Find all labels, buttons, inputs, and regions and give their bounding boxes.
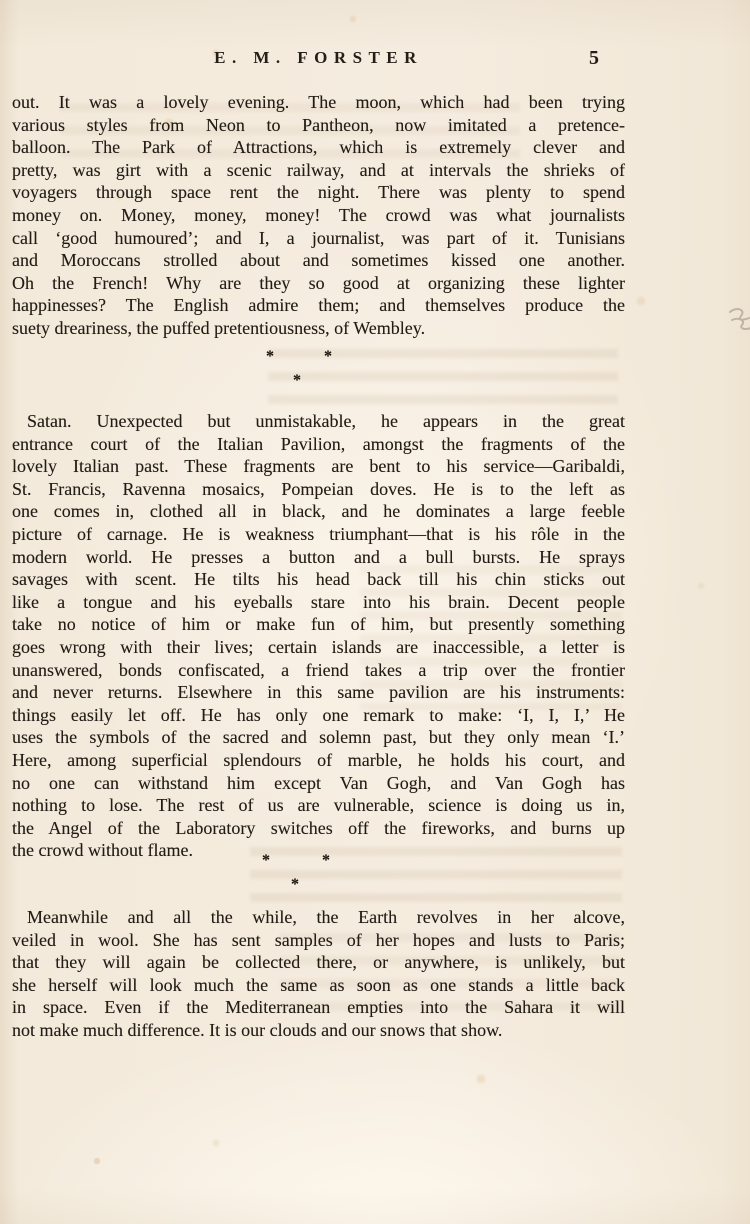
text-line: Satan. Unexpected but unmistakable, he a… — [12, 410, 625, 433]
text-line: out. It was a lovely evening. The moon, … — [12, 91, 625, 114]
text-line: Oh the French! Why are they so good at o… — [12, 272, 625, 295]
section-separator-asterisk: * — [266, 348, 274, 366]
text-line: St. Francis, Ravenna mosaics, Pompeian d… — [12, 478, 625, 501]
text-line: Meanwhile and all the while, the Earth r… — [12, 906, 625, 929]
paper-stains — [0, 0, 2, 2]
text-line: one comes in, clothed all in black, and … — [12, 500, 625, 523]
paragraph-3: Meanwhile and all the while, the Earth r… — [12, 906, 625, 1042]
text-line: suety dreariness, the puffed pretentious… — [12, 317, 625, 340]
text-line: veiled in wool. She has sent samples of … — [12, 929, 625, 952]
text-line: entrance court of the Italian Pavilion, … — [12, 433, 625, 456]
section-separator-asterisk: * — [293, 372, 301, 390]
text-line: pretty, was girt with a scenic railway, … — [12, 159, 625, 182]
text-line: the crowd without flame. — [12, 839, 625, 862]
running-header-author: E. M. FORSTER — [214, 48, 423, 67]
running-header: E. M. FORSTER — [12, 48, 625, 68]
text-line: picture of carnage. He is weakness trium… — [12, 523, 625, 546]
text-line: unanswered, bonds confiscated, a friend … — [12, 659, 625, 682]
pencil-doodle-icon — [722, 298, 750, 340]
bleed-through-text — [268, 344, 618, 416]
text-line: money on. Money, money, money! The crowd… — [12, 204, 625, 227]
section-separator-asterisk: * — [322, 852, 330, 870]
text-line: like a tongue and his eyeballs stare int… — [12, 591, 625, 614]
text-line: things easily let off. He has only one r… — [12, 704, 625, 727]
text-line: and Moroccans strolled about and sometim… — [12, 249, 625, 272]
text-line: the Angel of the Laboratory switches off… — [12, 817, 625, 840]
text-line: goes wrong with their lives; certain isl… — [12, 636, 625, 659]
text-line: that they will again be collected there,… — [12, 951, 625, 974]
text-line: voyagers through space rent the night. T… — [12, 181, 625, 204]
section-separator-asterisk: * — [262, 852, 270, 870]
book-page: E. M. FORSTER 5 out. It was a lovely eve… — [0, 0, 750, 1224]
page-number: 5 — [589, 47, 599, 70]
text-line: savages with scent. He tilts his head ba… — [12, 568, 625, 591]
text-line: take no notice of him or make fun of him… — [12, 613, 625, 636]
text-line: she herself will look much the same as s… — [12, 974, 625, 997]
text-line: lovely Italian past. These fragments are… — [12, 455, 625, 478]
paragraph-2: Satan. Unexpected but unmistakable, he a… — [12, 410, 625, 862]
text-line: and never returns. Elsewhere in this sam… — [12, 681, 625, 704]
paragraph-1: out. It was a lovely evening. The moon, … — [12, 91, 625, 340]
section-separator-asterisk: * — [291, 876, 299, 894]
text-line: Here, among superficial splendours of ma… — [12, 749, 625, 772]
text-line: uses the symbols of the sacred and solem… — [12, 726, 625, 749]
text-line: happinesses? The English admire them; an… — [12, 294, 625, 317]
text-line: not make much difference. It is our clou… — [12, 1019, 625, 1042]
text-line: various styles from Neon to Pantheon, no… — [12, 114, 625, 137]
text-line: in space. Even if the Mediterranean empt… — [12, 996, 625, 1019]
text-line: modern world. He presses a button and a … — [12, 546, 625, 569]
text-line: no one can withstand him except Van Gogh… — [12, 772, 625, 795]
text-line: nothing to lose. The rest of us are vuln… — [12, 794, 625, 817]
section-separator-asterisk: * — [324, 348, 332, 366]
text-line: balloon. The Park of Attractions, which … — [12, 136, 625, 159]
text-line: call ‘good humoured’; and I, a journalis… — [12, 227, 625, 250]
